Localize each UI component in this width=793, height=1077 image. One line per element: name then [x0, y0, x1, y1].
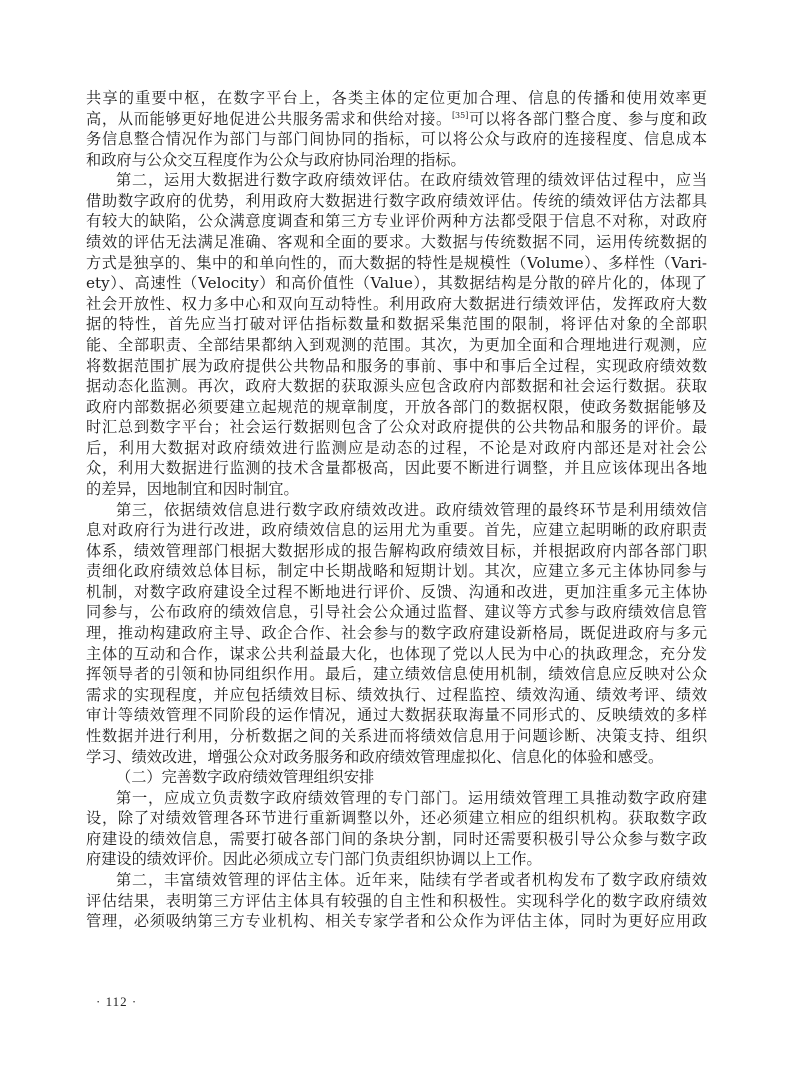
- text-line: 方式是独享的、集中的和单向性的，而大数据的特性是规模性（Volume）、多样性（…: [86, 253, 707, 274]
- text-segment: 可以将各部门整合度、参与度和政: [468, 110, 707, 128]
- text-line: ety）、高速性（Velocity）和高价值性（Value），其数据结构是分散的…: [86, 273, 707, 294]
- text-line: 性数据并进行利用，分析数据之间的关系进而将绩效信息用于问题诊断、决策支持、组织: [86, 726, 707, 747]
- text-line: 设，除了对绩效管理各环节进行重新调整以外，还必须建立相应的组织机构。获取数字政: [86, 808, 707, 829]
- text-line: 有较大的缺陷，公众满意度调查和第三方专业评价两种方法都受限于信息不对称，对政府: [86, 211, 707, 232]
- text-line: 责细化政府绩效总体目标，制定中长期战略和短期计划。其次，应建立多元主体协同参与: [86, 561, 707, 582]
- text-line: 绩效的评估无法满足准确、客观和全面的要求。大数据与传统数据不同，运用传统数据的: [86, 232, 707, 253]
- text-line: 众，利用大数据进行监测的技术含量都极高，因此要不断进行调整，并且应该体现出各地: [86, 458, 707, 479]
- text-line: 务信息整合情况作为部门与部门间协同的指标，可以将公众与政府的连接程度、信息成本: [86, 129, 707, 150]
- text-line: 管理，必须吸纳第三方专业机构、相关专家学者和公众作为评估主体，同时为更好应用政: [86, 911, 707, 932]
- text-line: 据动态化监测。再次，政府大数据的获取源头应包含政府内部数据和社会运行数据。获取: [86, 376, 707, 397]
- text-line: 据的特性，首先应当打破对评估指标数量和数据采集范围的限制，将评估对象的全部职: [86, 314, 707, 335]
- text-line: 第二，丰富绩效管理的评估主体。近年来，陆续有学者或者机构发布了数字政府绩效: [86, 870, 707, 891]
- text-line: 社会开放性、权力多中心和双向互动特性。利用政府大数据进行绩效评估，发挥政府大数: [86, 294, 707, 315]
- paragraph: 第一，应成立负责数字政府绩效管理的专门部门。运用绩效管理工具推动数字政府建 设，…: [86, 788, 707, 870]
- text-line: 将数据范围扩展为政府提供公共物品和服务的事前、事中和事后全过程，实现政府绩效数: [86, 356, 707, 377]
- paragraph: 共享的重要中枢，在数字平台上，各类主体的定位更加合理、信息的传播和使用效率更 高…: [86, 88, 707, 170]
- text-line: 借助数字政府的优势，利用政府大数据进行数字政府绩效评估。传统的绩效评估方法都具: [86, 191, 707, 212]
- text-line: 需求的实现程度，并应包括绩效目标、绩效执行、过程监控、绩效沟通、绩效考评、绩效: [86, 685, 707, 706]
- text-line: 府建设的绩效评价。因此必须成立专门部门负责组织协调以上工作。: [86, 849, 707, 870]
- text-line: 和政府与公众交互程度作为公众与政府协同治理的指标。: [86, 150, 707, 171]
- text-line: 的差异，因地制宜和因时制宜。: [86, 479, 707, 500]
- text-line: 同参与，公布政府的绩效信息，引导社会公众通过监督、建议等方式参与政府绩效信息管: [86, 602, 707, 623]
- text-segment: 高，从而能够更好地促进公共服务需求和供给对接。: [86, 110, 452, 128]
- text-line: 高，从而能够更好地促进公共服务需求和供给对接。[35]可以将各部门整合度、参与度…: [86, 109, 707, 130]
- text-line: 学习、绩效改进，增强公众对政务服务和政府绩效管理虚拟化、信息化的体验和感受。: [86, 747, 707, 768]
- text-line: 机制，对数字政府建设全过程不断地进行评价、反馈、沟通和改进，更加注重多元主体协: [86, 582, 707, 603]
- heading-text: （二）完善数字政府绩效管理组织安排: [86, 767, 707, 788]
- page-number: · 112 ·: [96, 994, 137, 1010]
- text-line: 政府内部数据必须要建立起规范的规章制度，开放各部门的数据权限，使政务数据能够及: [86, 397, 707, 418]
- text-line: 体系，绩效管理部门根据大数据形成的报告解构政府绩效目标，并根据政府内部各部门职: [86, 541, 707, 562]
- paragraph: 第三，依据绩效信息进行数字政府绩效改进。政府绩效管理的最终环节是利用绩效信 息对…: [86, 500, 707, 768]
- text-line: 能、全部职责、全部结果都纳入到观测的范围。其次，为更加全面和合理地进行观测，应: [86, 335, 707, 356]
- citation-ref: [35]: [452, 111, 468, 120]
- text-line: 息对政府行为进行改进，政府绩效信息的运用尤为重要。首先，应建立起明晰的政府职责: [86, 520, 707, 541]
- text-line: 共享的重要中枢，在数字平台上，各类主体的定位更加合理、信息的传播和使用效率更: [86, 88, 707, 109]
- text-line: 挥领导者的引领和协同组织作用。最后，建立绩效信息使用机制，绩效信息应反映对公众: [86, 664, 707, 685]
- paragraph: 第二，丰富绩效管理的评估主体。近年来，陆续有学者或者机构发布了数字政府绩效 评估…: [86, 870, 707, 932]
- paragraph: 第二，运用大数据进行数字政府绩效评估。在政府绩效管理的绩效评估过程中，应当 借助…: [86, 170, 707, 499]
- text-line: 后，利用大数据对政府绩效进行监测应是动态的过程，不论是对政府内部还是对社会公: [86, 438, 707, 459]
- text-line: 主体的互动和合作，谋求公共利益最大化，也体现了党以人民为中心的执政理念，充分发: [86, 644, 707, 665]
- section-heading: （二）完善数字政府绩效管理组织安排: [86, 767, 707, 788]
- text-line: 第一，应成立负责数字政府绩效管理的专门部门。运用绩效管理工具推动数字政府建: [86, 788, 707, 809]
- document-page: 共享的重要中枢，在数字平台上，各类主体的定位更加合理、信息的传播和使用效率更 高…: [86, 88, 707, 932]
- text-line: 时汇总到数字平台；社会运行数据则包含了公众对政府提供的公共物品和服务的评价。最: [86, 417, 707, 438]
- text-line: 第二，运用大数据进行数字政府绩效评估。在政府绩效管理的绩效评估过程中，应当: [86, 170, 707, 191]
- text-line: 第三，依据绩效信息进行数字政府绩效改进。政府绩效管理的最终环节是利用绩效信: [86, 500, 707, 521]
- text-line: 审计等绩效管理不同阶段的运作情况，通过大数据获取海量不同形式的、反映绩效的多样: [86, 705, 707, 726]
- text-line: 府建设的绩效信息，需要打破各部门间的条块分割，同时还需要积极引导公众参与数字政: [86, 829, 707, 850]
- text-line: 评估结果，表明第三方评估主体具有较强的自主性和积极性。实现科学化的数字政府绩效: [86, 891, 707, 912]
- text-line: 理，推动构建政府主导、政企合作、社会参与的数字政府建设新格局，既促进政府与多元: [86, 623, 707, 644]
